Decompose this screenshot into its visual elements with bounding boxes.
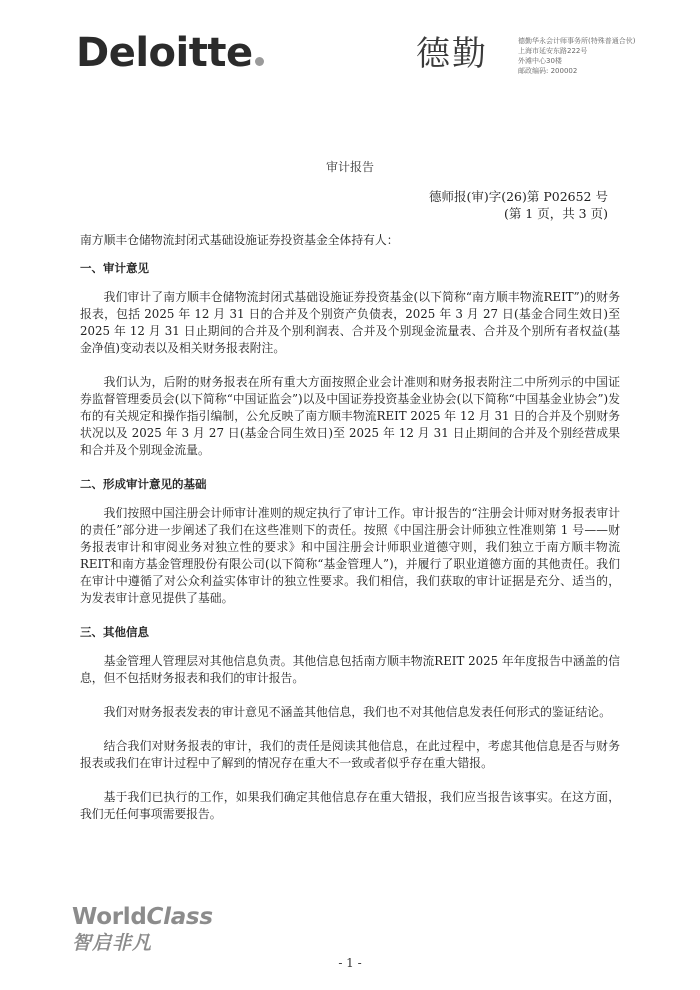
report-body: 南方顺丰仓储物流封闭式基础设施证券投资基金全体持有人： 一、审计意见 我们审计了…: [80, 232, 620, 840]
firm-address: 德勤华永会计师事务所(特殊普通合伙) 上海市延安东路222号 外滩中心30楼 邮…: [518, 36, 635, 76]
paragraph: 我们认为，后附的财务报表在所有重大方面按照企业会计准则和财务报表附注二中所列示的…: [80, 374, 620, 459]
worldclass-brand: WorldClass 智启非凡: [72, 906, 213, 953]
page-number: - 1 -: [0, 956, 700, 970]
brand-chinese: 智启非凡: [72, 934, 213, 953]
firm-building: 外滩中心30楼: [518, 56, 635, 66]
paragraph: 基金管理人管理层对其他信息负责。其他信息包括南方顺丰物流REIT 2025 年年…: [80, 653, 620, 687]
paragraph: 结合我们对财务报表的审计，我们的责任是阅读其他信息，在此过程中，考虑其他信息是否…: [80, 738, 620, 772]
paragraph: 基于我们已执行的工作，如果我们确定其他信息存在重大错报，我们应当报告该事实。在这…: [80, 789, 620, 823]
brand-en-part1: World: [72, 904, 147, 930]
firm-street: 上海市延安东路222号: [518, 46, 635, 56]
addressee: 南方顺丰仓储物流封闭式基础设施证券投资基金全体持有人：: [80, 232, 620, 249]
paragraph: 我们对财务报表发表的审计意见不涵盖其他信息，我们也不对其他信息发表任何形式的鉴证…: [80, 704, 620, 721]
report-number: 德师报(审)字(26)第 P02652 号: [429, 188, 608, 205]
deloitte-cn-logo: 德勤: [416, 32, 488, 76]
section-basis-for-opinion: 二、形成审计意见的基础 我们按照中国注册会计师审计准则的规定执行了审计工作。审计…: [80, 476, 620, 607]
report-title: 审计报告: [0, 158, 700, 175]
brand-english: WorldClass: [72, 906, 213, 929]
section-heading: 三、其他信息: [80, 624, 620, 641]
report-reference: 德师报(审)字(26)第 P02652 号 (第 1 页，共 3 页): [429, 188, 608, 222]
section-other-information: 三、其他信息 基金管理人管理层对其他信息负责。其他信息包括南方顺丰物流REIT …: [80, 624, 620, 823]
page-info: (第 1 页，共 3 页): [429, 205, 608, 222]
section-heading: 一、审计意见: [80, 260, 620, 277]
firm-name: 德勤华永会计师事务所(特殊普通合伙): [518, 36, 635, 46]
deloitte-logo: Deloitte: [76, 30, 264, 76]
logo-text: Deloitte: [76, 30, 253, 76]
paragraph: 我们审计了南方顺丰仓储物流封闭式基础设施证券投资基金(以下简称“南方顺丰物流RE…: [80, 289, 620, 357]
firm-postcode: 邮政编码: 200002: [518, 66, 635, 76]
paragraph: 我们按照中国注册会计师审计准则的规定执行了审计工作。审计报告的“注册会计师对财务…: [80, 505, 620, 607]
section-audit-opinion: 一、审计意见 我们审计了南方顺丰仓储物流封闭式基础设施证券投资基金(以下简称“南…: [80, 260, 620, 459]
section-heading: 二、形成审计意见的基础: [80, 476, 620, 493]
logo-dot-icon: [255, 57, 264, 66]
brand-en-part2: Class: [147, 904, 213, 930]
